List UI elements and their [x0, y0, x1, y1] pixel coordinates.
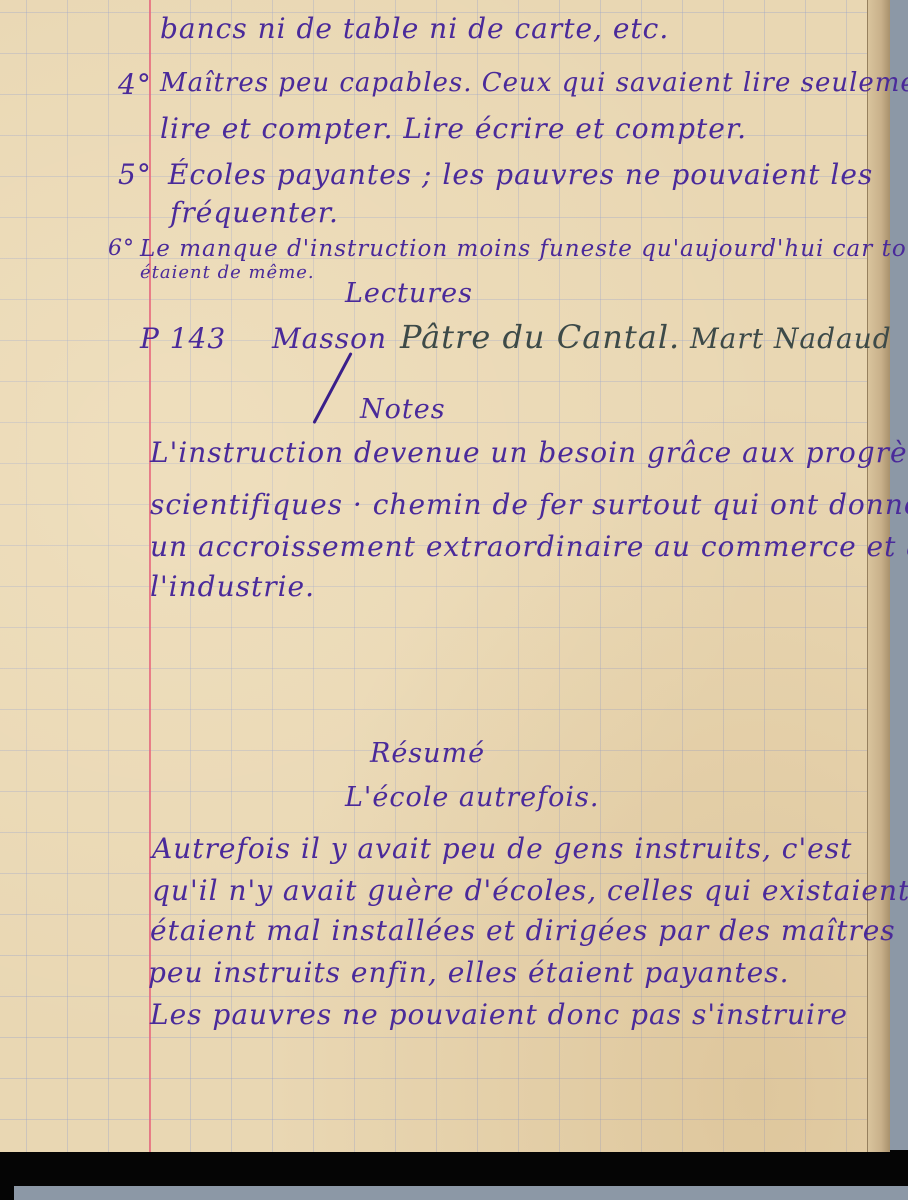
notes-line-3: un accroissement extraordinaire au comme… [150, 530, 908, 563]
notes-line-4: l'industrie. [150, 570, 315, 603]
notes-line-1: L'instruction devenue un besoin grâce au… [150, 436, 908, 469]
resume-subheading: L'école autrefois. [345, 782, 599, 813]
resume-line-4: peu instruits enfin, elles étaient payan… [148, 956, 790, 989]
page-shadow-corner [0, 1150, 14, 1200]
pen-stroke [312, 352, 352, 424]
resume-line-5: Les pauvres ne pouvaient donc pas s'inst… [150, 998, 848, 1031]
list-item-4-continuation: lire et compter. Lire écrire et compter. [160, 112, 747, 145]
lectures-author: Masson [272, 322, 387, 355]
list-item-4: Maîtres peu capables. Ceux qui savaient … [160, 68, 908, 98]
list-item-6-continuation: étaient de même. [140, 262, 315, 283]
page-shadow [0, 1150, 908, 1186]
resume-line-3: étaient mal installées et dirigées par d… [150, 914, 896, 947]
list-item-5: Écoles payantes ; les pauvres ne pouvaie… [168, 158, 873, 191]
notes-heading: Notes [360, 394, 446, 425]
list-number-6: 6° [108, 236, 135, 261]
list-line-continued: bancs ni de table ni de carte, etc. [160, 12, 669, 45]
lectures-author-2: Mart Nadaud [690, 322, 892, 355]
lectures-page-ref: P 143 [140, 322, 226, 355]
resume-line-2: qu'il n'y avait guère d'écoles, celles q… [152, 874, 908, 907]
list-number-5: 5° [118, 158, 152, 191]
list-item-5-continuation: fréquenter. [170, 196, 339, 229]
lectures-heading: Lectures [345, 278, 473, 309]
list-item-6: Le manque d'instruction moins funeste qu… [140, 236, 908, 262]
notes-line-2: scientifiques · chemin de fer surtout qu… [150, 488, 908, 521]
notebook-page: bancs ni de table ni de carte, etc. 4° M… [0, 0, 890, 1152]
list-number-4: 4° [118, 68, 152, 101]
resume-heading: Résumé [370, 738, 485, 769]
lectures-title: Pâtre du Cantal. [400, 318, 680, 356]
resume-line-1: Autrefois il y avait peu de gens instrui… [152, 832, 852, 865]
